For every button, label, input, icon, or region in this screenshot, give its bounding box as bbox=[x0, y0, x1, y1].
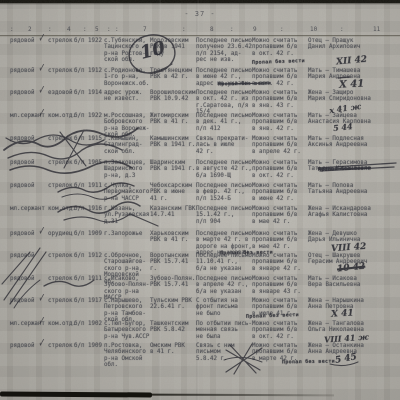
birth-year-cell: 1922 bbox=[88, 38, 104, 44]
handwritten-checkmark-icon: ✓ bbox=[39, 316, 45, 328]
missing-status-cell: Можно считать пропавшим б/в в янв. 43 г. bbox=[252, 90, 306, 109]
ruler-token: : bbox=[83, 26, 87, 33]
specialty-cell: ✓стрелок bbox=[48, 38, 74, 44]
drafted-by-cell: Тульским РВК 22.6.41 г. bbox=[150, 298, 196, 311]
last-letter-cell: С отбытия на фронт письма не было bbox=[196, 298, 252, 317]
table-row: мл.сержант ✓ком.отд. б/п 1916 г.Казань, … bbox=[0, 206, 400, 231]
birthplace-cell: г.Камышин, Сталинград- ской обл. bbox=[104, 136, 150, 155]
drafted-by-cell: Ворошиловским РВК 10.9.42 bbox=[150, 90, 196, 103]
drafted-by-cell: Чебоксарским РВК в июне 41 г. bbox=[150, 183, 196, 202]
last-letter-cell: Последнее письмо 15.1.42 г., п/п 904 bbox=[196, 206, 252, 225]
birth-year-cell: 1922 bbox=[88, 113, 104, 119]
specialty-text: ком.отд. bbox=[48, 113, 76, 119]
specialty-text: ездовой bbox=[48, 90, 72, 96]
specialty-cell: ✓ездовой bbox=[48, 90, 74, 96]
specialty-cell: ✓стрелок bbox=[48, 276, 74, 282]
birthplace-cell: с.Тюп-Бугор, Батыревского р-на Чув.АССР bbox=[104, 321, 150, 340]
ruler-token: 11 bbox=[373, 26, 380, 33]
column-number-ruler: :2:4:5::7:8:9:10:11 bbox=[0, 26, 400, 34]
scan-edge-top bbox=[0, 0, 400, 5]
birth-year-cell: 1905 bbox=[88, 160, 104, 166]
party-status-cell: б/п bbox=[74, 68, 88, 74]
handwritten-checkmark-icon: ✓ bbox=[39, 33, 45, 45]
birth-year-cell: 1911 bbox=[88, 276, 104, 282]
specialty-text: ком.отд. bbox=[48, 206, 76, 212]
missing-status-cell: Можно считать пропавшим б/в в апреле 42 … bbox=[252, 136, 306, 155]
rank-cell: рядовой bbox=[10, 253, 48, 259]
specialty-text: стрелок bbox=[48, 136, 72, 142]
next-of-kin-cell: Мать – Зайцева Анастасия Карповна bbox=[306, 113, 400, 126]
specialty-text: ком.отд. bbox=[48, 321, 76, 327]
party-status-cell: б/п bbox=[74, 253, 88, 259]
missing-status-cell: Можно считать пропавшим б/в в мае 42 г. bbox=[252, 231, 306, 250]
scan-edge-bottom bbox=[0, 392, 152, 398]
missing-status-cell: Можно считать пропавшим б/в в июне 42 г. bbox=[252, 183, 306, 202]
specialty-cell: ✓стрелок bbox=[48, 298, 74, 304]
party-status-cell: б/п bbox=[74, 276, 88, 282]
missing-in-action-stamp: Пропал без вести bbox=[220, 250, 273, 257]
drafted-by-cell: Тростянецким РВК в 42 г. bbox=[150, 68, 196, 81]
last-letter-cell: Связь прекрати- лась в июле 42 г. bbox=[196, 136, 252, 155]
drafted-by-cell: Житомирским РВК в 41 г. bbox=[150, 113, 196, 126]
last-letter-cell: Последнее письмо получено 23.6.42 п/п 21… bbox=[196, 38, 252, 64]
missing-status-cell: Можно считать пропавшим б/в в окт. 42 г. bbox=[252, 160, 306, 179]
missing-status-cell: Можно считать пропавшим б/в в январе 42 … bbox=[252, 253, 306, 272]
scanned-document-page: - 37 - :2:4:5::7:8:9:10:11 рядовой ✓стре… bbox=[0, 0, 400, 400]
specialty-text: стрелок bbox=[48, 183, 72, 189]
ruler-token: 8 bbox=[210, 26, 214, 33]
birth-year-cell: 1912 bbox=[88, 253, 104, 259]
birthplace-cell: п.Ростовка, Челябинского р-на Омской обл… bbox=[104, 343, 150, 369]
handwritten-checkmark-icon: ✓ bbox=[39, 293, 45, 305]
birthplace-cell: г.Казань, ул.Рузаевская д.31 bbox=[104, 206, 150, 225]
ruler-token: 5 bbox=[95, 26, 99, 33]
ruler-token: : bbox=[48, 26, 52, 33]
rank-cell: рядовой bbox=[10, 136, 48, 142]
specialty-text: стрелок bbox=[48, 160, 72, 166]
birth-year-cell: 1916 bbox=[88, 206, 104, 212]
handwritten-annotation: 5 44 bbox=[333, 121, 353, 133]
ruler-token: : bbox=[340, 26, 344, 33]
handwritten-annotation: X 41 bbox=[339, 78, 365, 90]
birth-year-cell: 1909 bbox=[88, 343, 104, 349]
party-status-cell: б/п bbox=[74, 113, 88, 119]
table-header-rule bbox=[0, 35, 400, 36]
last-letter-cell: По отбытии пись- менная связь не была bbox=[196, 321, 252, 340]
drafted-by-cell: Омским РВК в 41 г. bbox=[150, 343, 196, 356]
table-row: рядовой ✓стрелок б/п 1911 с.Чулка, Перво… bbox=[0, 183, 400, 206]
ruler-token: : bbox=[107, 26, 111, 33]
party-status-cell: б/п bbox=[74, 160, 88, 166]
next-of-kin-cell: Мать – Исакова Вера Васильевна bbox=[306, 276, 400, 289]
party-status-cell: б/п bbox=[74, 343, 88, 349]
ruler-token: 7 bbox=[143, 26, 147, 33]
last-letter-cell: Последнее письмо в апреле 42 г., б/а не … bbox=[196, 276, 252, 295]
last-letter-cell: Последнее письмо в февр. 42 г., п/п 1524… bbox=[196, 183, 252, 202]
ruler-token: : bbox=[280, 26, 284, 33]
table-row: рядовой ✓стрелок б/п 1911 с.Исаково, Зуб… bbox=[0, 276, 400, 298]
next-of-kin-cell: Отец – Пращук Данил Архипович bbox=[306, 38, 400, 51]
drafted-by-cell: Зубово-Полян. РВК 15.7.41 bbox=[150, 276, 196, 289]
next-of-kin-cell: Мать – Подлесная Аксинья Андреевна bbox=[306, 136, 400, 149]
birthplace-cell: с.Родионово, 1-го р-на, Воронежск.об. bbox=[104, 68, 150, 87]
rank-cell: рядовой bbox=[10, 183, 48, 189]
ruler-token: 10 bbox=[310, 26, 317, 33]
specialty-text: стрелок bbox=[48, 298, 72, 304]
drafted-by-cell: Шадринским РВК в 1941 г. bbox=[150, 160, 196, 173]
birthplace-cell: адрес урож. не извест. bbox=[104, 90, 150, 103]
ruler-token: : bbox=[230, 26, 234, 33]
missing-status-cell: Можно считать пропавшим б/в в мае 42 г. bbox=[252, 206, 306, 225]
page-number: - 37 - bbox=[0, 10, 400, 18]
birthplace-cell: м.Россошная, Бобровского р-на Воронеж- с… bbox=[104, 113, 150, 139]
ruler-token: : bbox=[10, 26, 14, 33]
birth-year-cell: 1902 bbox=[88, 321, 104, 327]
handwritten-annotation: 5 45 bbox=[334, 352, 357, 366]
missing-status-cell: Можно считать пропавшим б/в в янв. 42 г. bbox=[252, 113, 306, 132]
last-letter-cell: Последнее письмо в окт. 42 г. из г.Сарат… bbox=[196, 90, 252, 116]
specialty-cell: ✓орудиец bbox=[48, 231, 74, 237]
birth-year-cell: 1909 bbox=[88, 231, 104, 237]
specialty-text: орудиец bbox=[48, 231, 72, 237]
last-letter-cell: Последнее письмо в дек. 41 г., п/п 412 bbox=[196, 113, 252, 132]
missing-status-cell: Можно считать пропавшим б/в в окт. 42 г. bbox=[252, 321, 306, 340]
handwritten-checkmark-icon: ✓ bbox=[39, 338, 45, 350]
ruler-token: 2 bbox=[28, 26, 32, 33]
handwritten-checkmark-icon: ✓ bbox=[39, 226, 45, 238]
missing-status-cell: Можно считать пропавшим б/в в окт. 42 г. bbox=[252, 38, 306, 57]
birthplace-cell: с.Нарышево, Петровского р-на Тамбов- ско… bbox=[104, 298, 150, 324]
birthplace-cell: г.Запорожье bbox=[104, 231, 150, 237]
specialty-cell: ✓ком.отд. bbox=[48, 321, 74, 327]
specialty-text: стрелок bbox=[48, 68, 72, 74]
rank-cell: рядовой bbox=[10, 276, 48, 282]
last-letter-cell: Связь с ним письмом 5.8.42 г. bbox=[196, 343, 252, 362]
birth-year-cell: 1914 bbox=[88, 90, 104, 96]
missing-in-action-stamp: Пропал без вести bbox=[218, 81, 271, 88]
drafted-by-cell: Камышинским РВК в 1941 г. bbox=[150, 136, 196, 149]
birth-year-cell: 1911 bbox=[88, 183, 104, 189]
specialty-text: стрелок bbox=[48, 253, 72, 259]
next-of-kin-cell: Жена – Искандарова Агафья Калистовна bbox=[306, 206, 400, 219]
specialty-cell: ✓стрелок bbox=[48, 253, 74, 259]
handwritten-annotation: X 41 bbox=[331, 308, 354, 319]
specialty-text: стрелок bbox=[48, 38, 72, 44]
ruler-token: : bbox=[182, 26, 186, 33]
specialty-cell: ✓стрелок bbox=[48, 68, 74, 74]
party-status-cell: б/п bbox=[74, 183, 88, 189]
handwritten-checkmark-icon: ✓ bbox=[39, 108, 45, 120]
party-status-cell: б/п bbox=[74, 206, 88, 212]
specialty-cell: ✓ком.отд. bbox=[48, 113, 74, 119]
next-of-kin-cell: Мать – Попова Татьяна Андреевна bbox=[306, 183, 400, 196]
drafted-by-cell: Ташкентским РВК 5.8.42 bbox=[150, 321, 196, 334]
ruler-token: 9 bbox=[253, 26, 257, 33]
birthplace-cell: с.Чулка, Первомайского р-на ЧАССР bbox=[104, 183, 150, 202]
missing-status-cell: Можно считать пропавшим б/в в январе 43 … bbox=[252, 276, 306, 295]
drafted-by-cell: Казанским ГВК 14.7.41 bbox=[150, 206, 196, 219]
drafted-by-cell: Харьковским РВК в 41 г. bbox=[150, 231, 196, 244]
specialty-cell: ✓стрелок bbox=[48, 343, 74, 349]
specialty-cell: ✓стрелок bbox=[48, 160, 74, 166]
party-status-cell: б/п bbox=[74, 90, 88, 96]
birth-year-cell: 1915 bbox=[88, 136, 104, 142]
handwritten-checkmark-icon: ✓ bbox=[39, 85, 45, 97]
birth-year-cell: 1912 bbox=[88, 68, 104, 74]
party-status-cell: б/п bbox=[74, 136, 88, 142]
party-status-cell: б/п bbox=[74, 38, 88, 44]
specialty-cell: ✓ком.отд. bbox=[48, 206, 74, 212]
rank-cell: рядовой bbox=[10, 160, 48, 166]
party-status-cell: б/п bbox=[74, 298, 88, 304]
specialty-text: стрелок bbox=[48, 276, 72, 282]
scan-edge-bottom-line bbox=[148, 394, 334, 397]
specialty-text: стрелок bbox=[48, 343, 72, 349]
birth-year-cell: 1917 bbox=[88, 298, 104, 304]
party-status-cell: б/п bbox=[74, 231, 88, 237]
table-row: рядовой ✓стрелок б/п 1915 г.Камышин, Ста… bbox=[0, 136, 400, 160]
specialty-cell: ✓стрелок bbox=[48, 136, 74, 142]
rank-cell: мл.сержант bbox=[10, 206, 48, 212]
drafted-by-cell: Воротынским РВК 15.7.41 г. bbox=[150, 253, 196, 272]
last-letter-cell: Последнее письмо в августе 42 г., б/а 16… bbox=[196, 160, 252, 179]
missing-in-action-stamp: Пропал без вести bbox=[282, 359, 335, 366]
birthplace-cell: п.Заяковцев, Шадринского р-на, д.3 bbox=[104, 160, 150, 179]
specialty-cell: ✓стрелок bbox=[48, 183, 74, 189]
ruler-token: 4 bbox=[67, 26, 71, 33]
party-status-cell: б/п bbox=[74, 321, 88, 327]
handwritten-checkmark-icon: ✓ bbox=[39, 63, 45, 75]
ruler-token: : bbox=[115, 26, 119, 33]
